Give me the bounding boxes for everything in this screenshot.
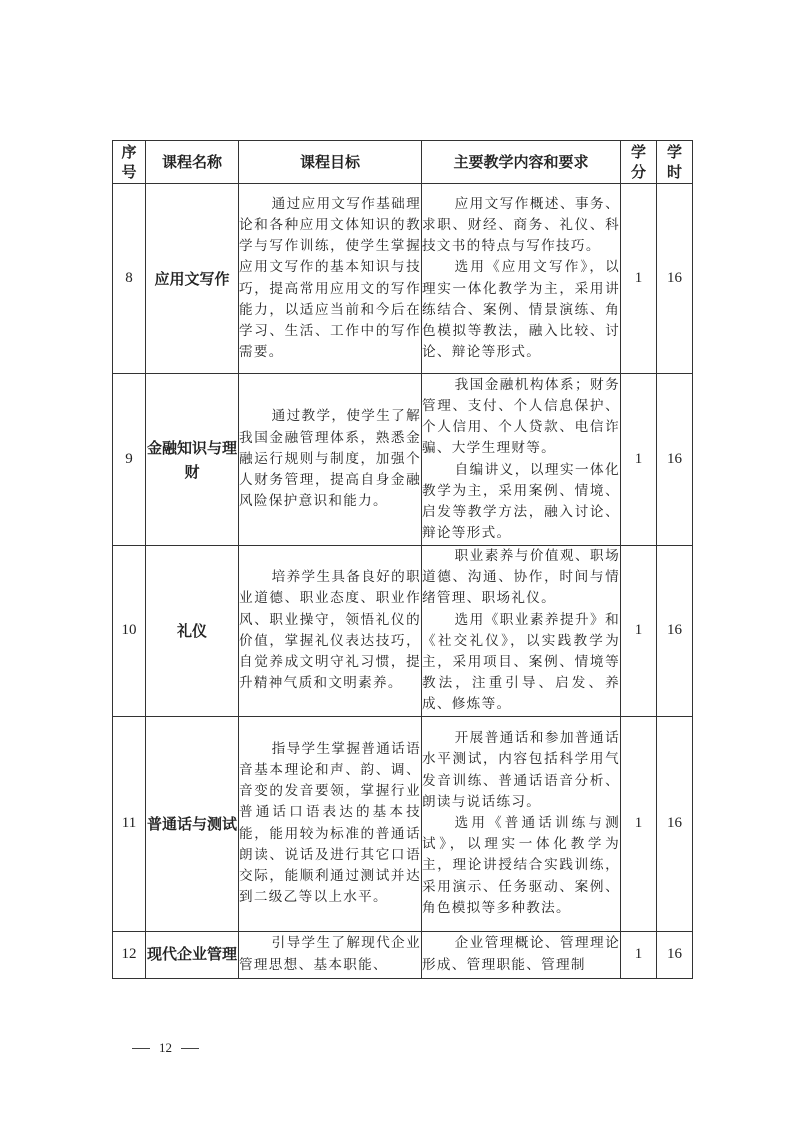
course-name: 现代企业管理 — [146, 931, 239, 978]
course-goal: 通过应用文写作基础理论和各种应用文体知识的教学与写作训练，使学生掌握应用文写作的… — [239, 184, 422, 374]
course-name: 普通话与测试 — [146, 716, 239, 931]
course-goal: 指导学生掌握普通话语音基本理论和声、韵、调、音变的发音要领，掌握行业普通话口语表… — [239, 716, 422, 931]
course-hours: 16 — [657, 184, 693, 374]
table-row: 9 金融知识与理财 通过教学，使学生了解我国金融管理体系，熟悉金融运行规则与制度… — [113, 374, 693, 546]
course-credit: 1 — [621, 716, 657, 931]
course-credit: 1 — [621, 374, 657, 546]
table-row: 8 应用文写作 通过应用文写作基础理论和各种应用文体知识的教学与写作训练，使学生… — [113, 184, 693, 374]
course-credit: 1 — [621, 184, 657, 374]
course-hours: 16 — [657, 931, 693, 978]
header-hours: 学时 — [657, 141, 693, 184]
course-hours: 16 — [657, 374, 693, 546]
table-row: 11 普通话与测试 指导学生掌握普通话语音基本理论和声、韵、调、音变的发音要领，… — [113, 716, 693, 931]
header-name: 课程名称 — [146, 141, 239, 184]
course-goal: 通过教学，使学生了解我国金融管理体系，熟悉金融运行规则与制度，加强个人财务管理，… — [239, 374, 422, 546]
course-goal: 引导学生了解现代企业管理思想、基本职能、 — [239, 931, 422, 978]
table-row: 12 现代企业管理 引导学生了解现代企业管理思想、基本职能、 企业管理概论、管理… — [113, 931, 693, 978]
course-content: 企业管理概论、管理理论形成、管理职能、管理制 — [422, 931, 621, 978]
course-content: 职业素养与价值观、职场道德、沟通、协作，时间与情绪管理、职场礼仪。 选用《职业素… — [422, 546, 621, 717]
course-name: 礼仪 — [146, 546, 239, 717]
row-num: 10 — [113, 546, 146, 717]
course-name: 金融知识与理财 — [146, 374, 239, 546]
row-num: 9 — [113, 374, 146, 546]
course-content: 应用文写作概述、事务、求职、财经、商务、礼仪、科技文书的特点与写作技巧。 选用《… — [422, 184, 621, 374]
header-credit: 学分 — [621, 141, 657, 184]
course-name: 应用文写作 — [146, 184, 239, 374]
row-num: 12 — [113, 931, 146, 978]
course-table: 序号 课程名称 课程目标 主要教学内容和要求 学分 学时 8 应用文写作 通过应… — [112, 140, 693, 979]
header-content: 主要教学内容和要求 — [422, 141, 621, 184]
course-credit: 1 — [621, 546, 657, 717]
row-num: 8 — [113, 184, 146, 374]
course-goal: 培养学生具备良好的职业道德、职业态度、职业作风、职业操守，领悟礼仪的价值，掌握礼… — [239, 546, 422, 717]
course-hours: 16 — [657, 546, 693, 717]
page-number: 12 — [159, 1040, 172, 1056]
course-hours: 16 — [657, 716, 693, 931]
footer-dash-left — [132, 1048, 150, 1049]
course-content: 我国金融机构体系；财务管理、支付、个人信息保护、个人信用、个人贷款、电信诈骗、大… — [422, 374, 621, 546]
page-footer: 12 — [123, 1040, 208, 1056]
footer-dash-right — [181, 1048, 199, 1049]
course-content: 开展普通话和参加普通话水平测试，内容包括科学用气发音训练、普通话语音分析、朗读与… — [422, 716, 621, 931]
table-row: 10 礼仪 培养学生具备良好的职业道德、职业态度、职业作风、职业操守，领悟礼仪的… — [113, 546, 693, 717]
header-goal: 课程目标 — [239, 141, 422, 184]
row-num: 11 — [113, 716, 146, 931]
course-credit: 1 — [621, 931, 657, 978]
table-header-row: 序号 课程名称 课程目标 主要教学内容和要求 学分 学时 — [113, 141, 693, 184]
header-num: 序号 — [113, 141, 146, 184]
